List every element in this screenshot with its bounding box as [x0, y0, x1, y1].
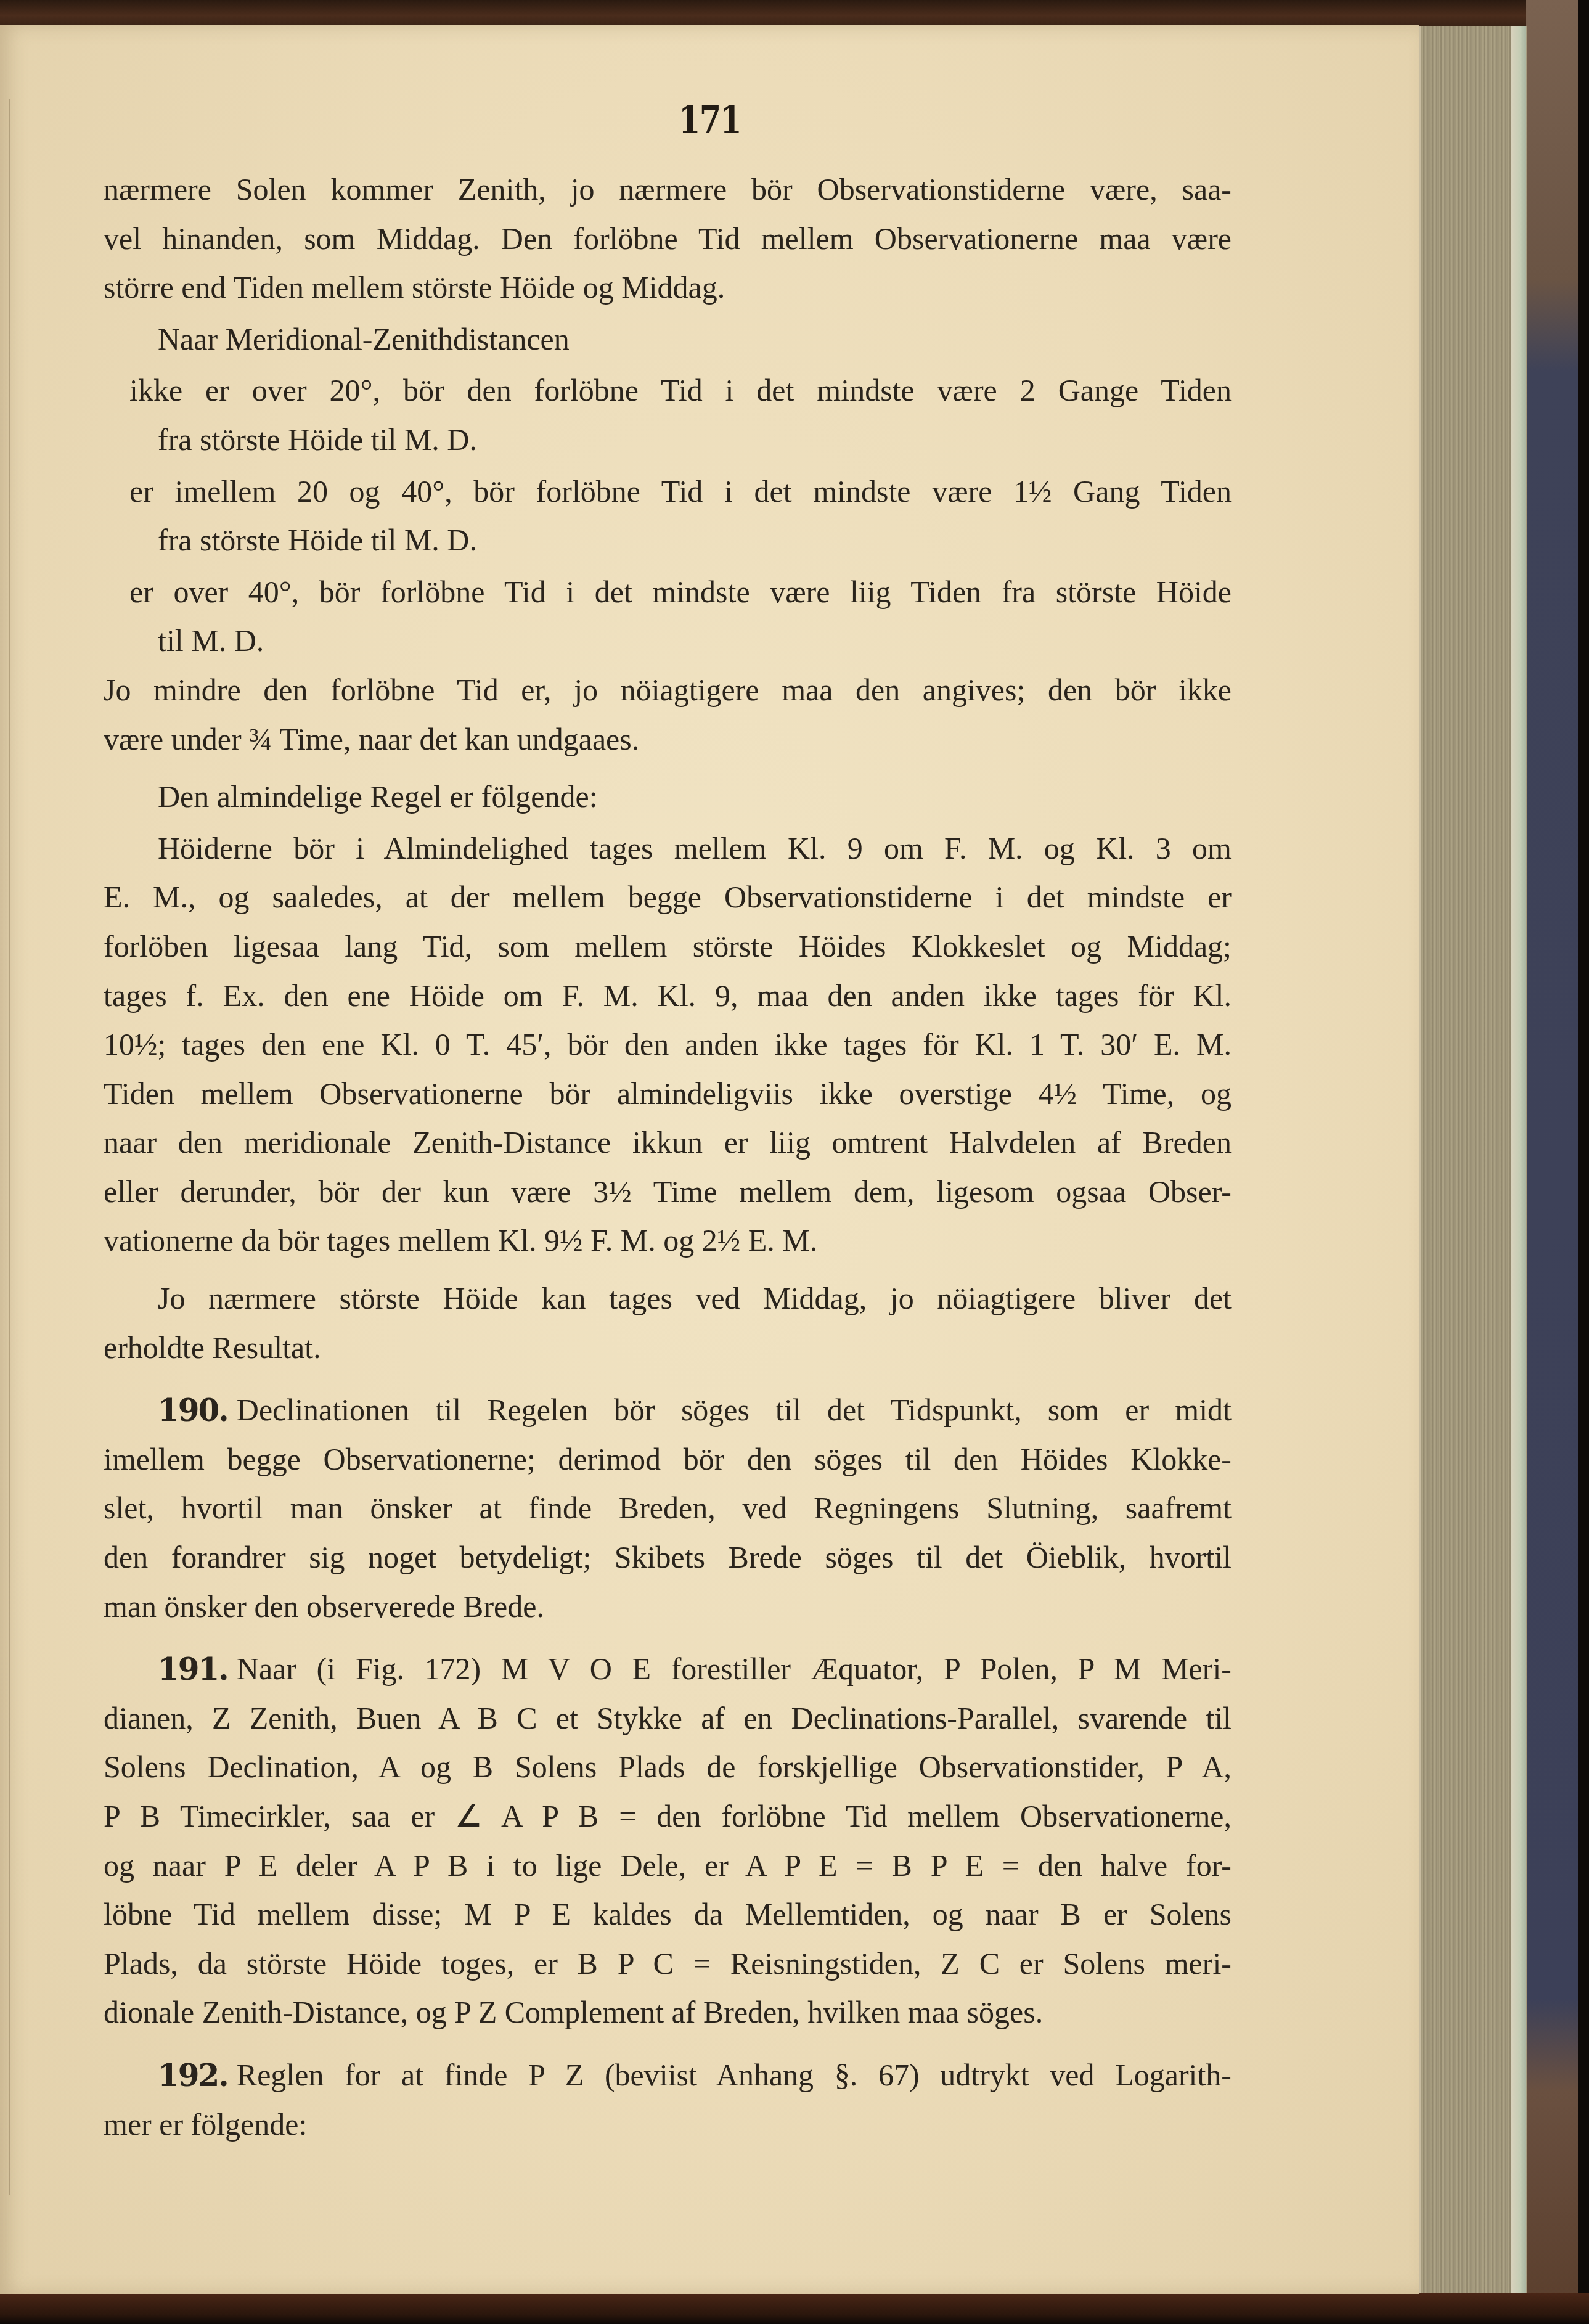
book-cover-outer-edge	[1578, 0, 1589, 2324]
text-line: være under ¾ Time, naar det kan undgaaes…	[104, 715, 1232, 764]
page-stack-front-edge	[1511, 26, 1526, 2293]
section-191-first-line: 191. Naar (i Fig. 172) M V O E forestill…	[104, 1645, 1232, 1694]
text-line: 10½; tages den ene Kl. 0 T. 45′, bör den…	[104, 1020, 1232, 1070]
text-line: tages f. Ex. den ene Höide om F. M. Kl. …	[104, 972, 1232, 1021]
text-line: ikke er over 20°, bör den forlöbne Tid i…	[104, 366, 1232, 415]
text-line: til M. D.	[104, 616, 1232, 666]
text-line: Solens Declination, A og B Solens Plads …	[104, 1743, 1232, 1792]
text-line: imellem begge Observationerne; derimod b…	[104, 1435, 1232, 1484]
text-line: slet, hvortil man önsker at finde Breden…	[104, 1484, 1232, 1533]
text-line: erholdte Resultat.	[104, 1324, 1232, 1373]
text-line: löbne Tid mellem disse; M P E kaldes da …	[104, 1890, 1232, 1939]
text-line: dianen, Z Zenith, Buen A B C et Stykke a…	[104, 1694, 1232, 1743]
text-line: Höiderne bör i Almindelighed tages melle…	[104, 824, 1232, 874]
text-line: E. M., og saaledes, at der mellem begge …	[104, 873, 1232, 922]
text-line: större end Tiden mellem störste Höide og…	[104, 263, 1232, 313]
text-line: er over 40°, bör forlöbne Tid i det mind…	[104, 568, 1232, 617]
text-line: vel hinanden, som Middag. Den forlöbne T…	[104, 215, 1232, 264]
text-line: Declinationen til Regelen bör söges til …	[237, 1386, 1232, 1435]
text-line: og naar P E deler A P B i to lige Dele, …	[104, 1841, 1232, 1891]
text-line: eller derunder, bör der kun være 3½ Time…	[104, 1168, 1232, 1217]
section-number: 190.	[158, 1386, 228, 1435]
text-line: den forandrer sig noget betydeligt; Skib…	[104, 1533, 1232, 1582]
text-line: Reglen for at finde P Z (beviist Anhang …	[237, 2051, 1232, 2100]
text-line: fra störste Höide til M. D.	[104, 516, 1232, 565]
text-line: man önsker den observerede Brede.	[104, 1582, 1232, 1632]
text-line: Den almindelige Regel er fölgende:	[104, 772, 1232, 822]
text-line: vationerne da bör tages mellem Kl. 9½ F.…	[104, 1216, 1232, 1266]
gutter-shadow	[9, 99, 10, 2195]
text-line: forlöben ligesaa lang Tid, som mellem st…	[104, 922, 1232, 972]
text-line: P B Timecirkler, saa er ∠ A P B = den fo…	[104, 1792, 1232, 1841]
section-190-first-line: 190. Declinationen til Regelen bör söges…	[104, 1386, 1232, 1435]
text-line: Jo mindre den forlöbne Tid er, jo nöiagt…	[104, 666, 1232, 715]
section-192-first-line: 192. Reglen for at finde P Z (beviist An…	[104, 2051, 1232, 2100]
text-line: naar den meridionale Zenith-Distance ikk…	[104, 1118, 1232, 1168]
section-number: 192.	[158, 2051, 228, 2100]
text-line: dionale Zenith-Distance, og P Z Compleme…	[104, 1988, 1232, 2037]
text-line: Jo nærmere störste Höide kan tages ved M…	[104, 1274, 1232, 1324]
text-line: Naar (i Fig. 172) M V O E forestiller Æq…	[237, 1645, 1232, 1694]
text-line: nærmere Solen kommer Zenith, jo nærmere …	[104, 165, 1232, 215]
text-line: er imellem 20 og 40°, bör forlöbne Tid i…	[104, 467, 1232, 517]
text-line: Naar Meridional-Zenithdistancen	[104, 315, 1232, 364]
book-cover-bottom-edge	[0, 2293, 1589, 2324]
text-line: mer er fölgende:	[104, 2100, 1232, 2150]
page-body: nærmere Solen kommer Zenith, jo nærmere …	[104, 165, 1232, 2149]
text-line: Tiden mellem Observationerne bör alminde…	[104, 1070, 1232, 1119]
section-number: 191.	[158, 1645, 228, 1694]
page-number: 171	[128, 97, 1291, 142]
text-line: fra störste Höide til M. D.	[104, 415, 1232, 465]
text-line: Plads, da störste Höide toges, er B P C …	[104, 1939, 1232, 1989]
book-cover-top-edge	[0, 0, 1589, 26]
book-page: 171 nærmere Solen kommer Zenith, jo nærm…	[0, 25, 1419, 2294]
